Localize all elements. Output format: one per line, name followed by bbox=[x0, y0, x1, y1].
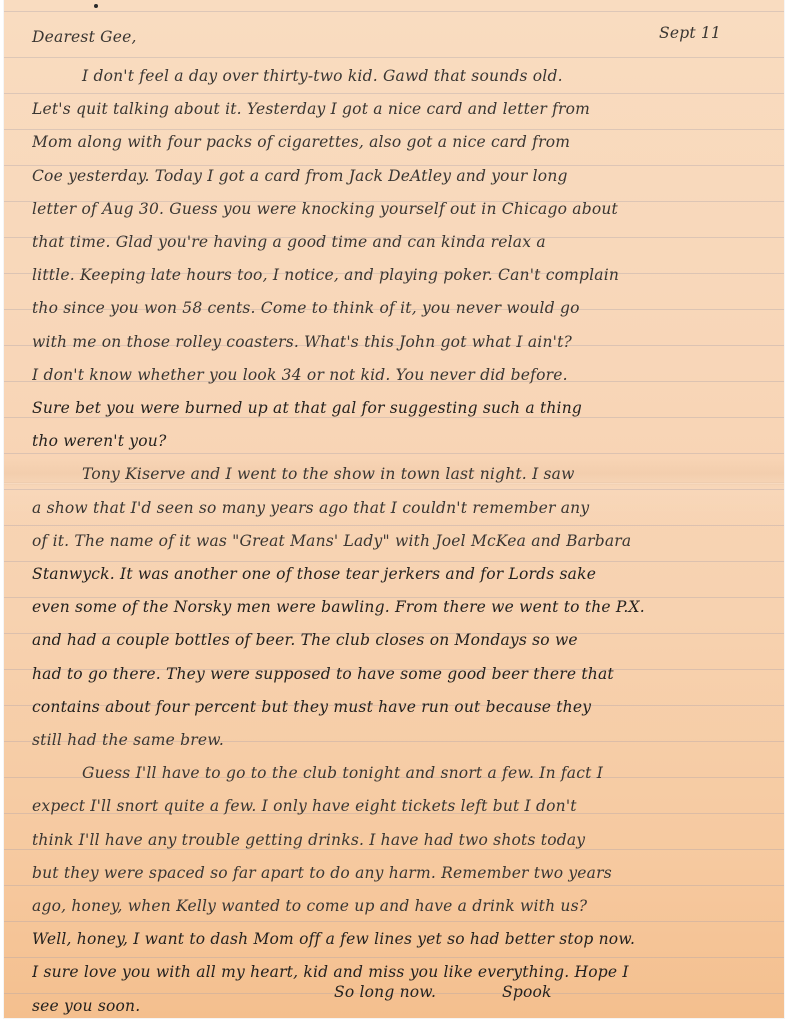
letter-line: letter of Aug 30. Guess you were knockin… bbox=[32, 191, 772, 227]
letter-line: but they were spaced so far apart to do … bbox=[32, 855, 772, 891]
letter-page: Dearest Gee, Sept 11 I don't feel a day … bbox=[4, 0, 784, 1018]
letter-line: Tony Kiserve and I went to the show in t… bbox=[32, 456, 772, 492]
letter-line: tho since you won 58 cents. Come to thin… bbox=[32, 290, 772, 326]
letter-line: that time. Glad you're having a good tim… bbox=[32, 224, 772, 260]
ink-spot bbox=[94, 4, 98, 8]
letter-line: a show that I'd seen so many years ago t… bbox=[32, 490, 772, 526]
letter-line: expect I'll snort quite a few. I only ha… bbox=[32, 788, 772, 824]
letter-line: see you soon. bbox=[32, 988, 292, 1024]
letter-line: Well, honey, I want to dash Mom off a fe… bbox=[32, 921, 772, 957]
letter-line: contains about four percent but they mus… bbox=[32, 689, 772, 725]
letter-line: Sure bet you were burned up at that gal … bbox=[32, 390, 772, 426]
letter-line: had to go there. They were supposed to h… bbox=[32, 656, 772, 692]
letter-line: think I'll have any trouble getting drin… bbox=[32, 822, 772, 858]
letter-line: of it. The name of it was "Great Mans' L… bbox=[32, 523, 772, 559]
letter-line: I don't feel a day over thirty-two kid. … bbox=[32, 58, 772, 94]
letter-line: Coe yesterday. Today I got a card from J… bbox=[32, 158, 772, 194]
letter-line: ago, honey, when Kelly wanted to come up… bbox=[32, 888, 772, 924]
letter-date: Sept 11 bbox=[659, 24, 721, 42]
signature: Spook bbox=[502, 983, 552, 1001]
letter-line: Mom along with four packs of cigarettes,… bbox=[32, 124, 772, 160]
letter-line: I don't know whether you look 34 or not … bbox=[32, 357, 772, 393]
letter-line: still had the same brew. bbox=[32, 722, 772, 758]
letter-line: and had a couple bottles of beer. The cl… bbox=[32, 622, 772, 658]
letter-line: tho weren't you? bbox=[32, 423, 772, 459]
closing: So long now. bbox=[334, 983, 436, 1001]
letter-line: Let's quit talking about it. Yesterday I… bbox=[32, 91, 772, 127]
letter-line: with me on those rolley coasters. What's… bbox=[32, 324, 772, 360]
letter-line: even some of the Norsky men were bawling… bbox=[32, 589, 772, 625]
letter-line: Guess I'll have to go to the club tonigh… bbox=[32, 755, 772, 791]
salutation: Dearest Gee, bbox=[32, 28, 137, 46]
letter-line: Stanwyck. It was another one of those te… bbox=[32, 556, 772, 592]
letter-line: little. Keeping late hours too, I notice… bbox=[32, 257, 772, 293]
